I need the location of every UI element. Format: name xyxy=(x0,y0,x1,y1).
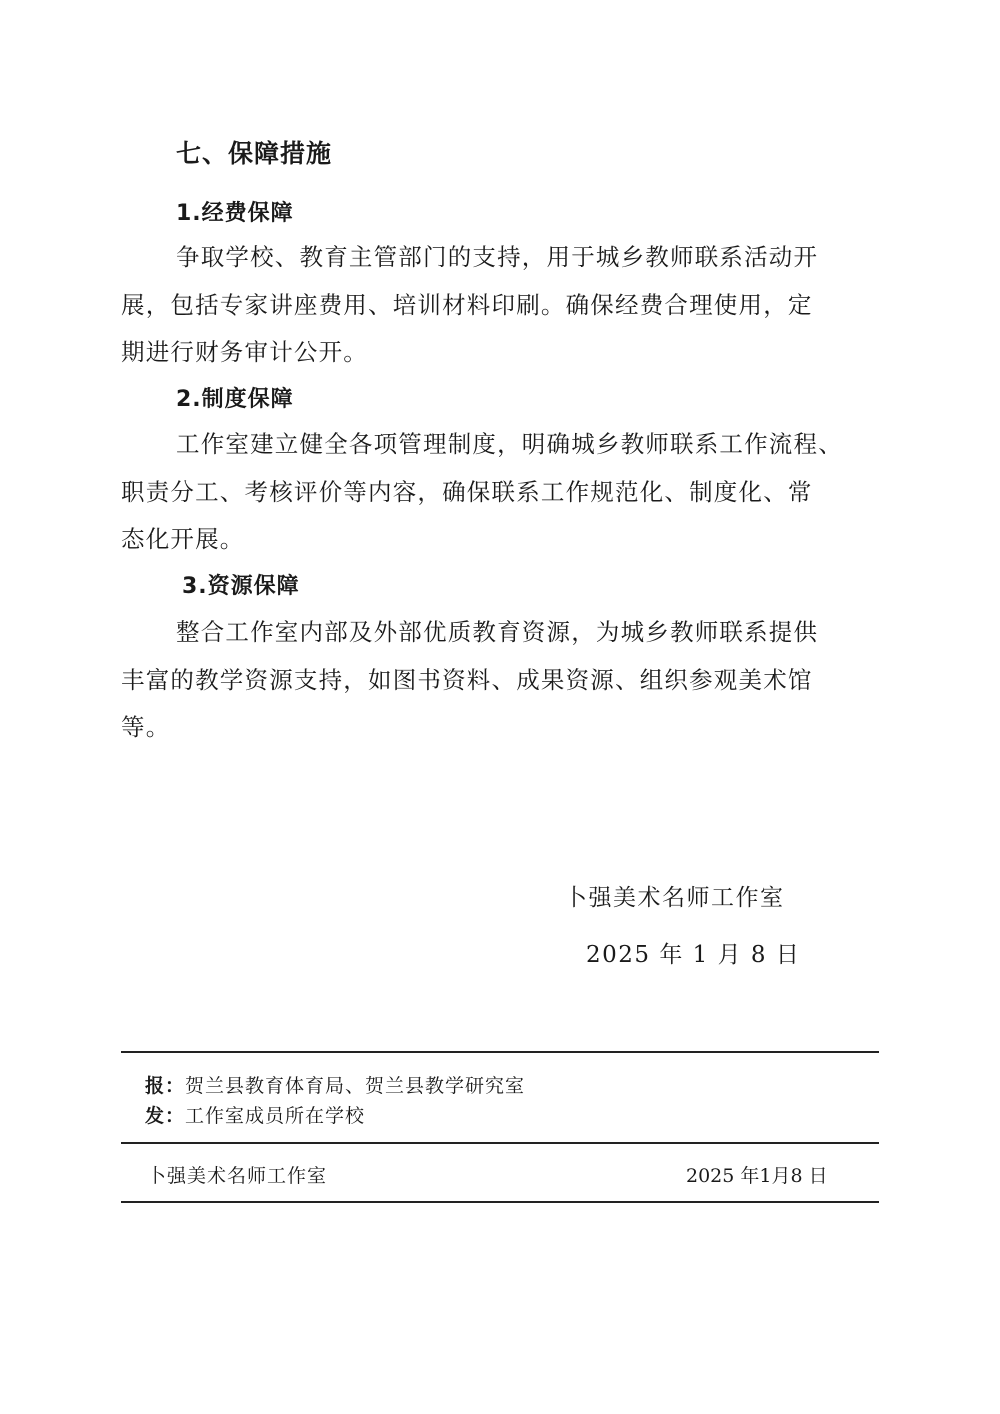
subsection-heading-system: 2.制度保障 xyxy=(176,382,294,413)
paragraph-line: 工作室建立健全各项管理制度，明确城乡教师联系工作流程、 xyxy=(176,425,843,459)
paragraph-line: 等。 xyxy=(121,708,170,742)
signature-date: 2025 年 1 月 8 日 xyxy=(586,936,800,969)
paragraph-line: 态化开展。 xyxy=(121,520,245,554)
footer-divider xyxy=(121,1051,879,1053)
footer-divider xyxy=(121,1201,879,1203)
report-label: 报： xyxy=(145,1075,185,1097)
signature-organization: 卜强美术名师工作室 xyxy=(564,879,785,912)
section-title: 七、保障措施 xyxy=(176,134,332,170)
paragraph-line: 丰富的教学资源支持，如图书资料、成果资源、组织参观美术馆 xyxy=(121,661,813,695)
footer-divider xyxy=(121,1142,879,1144)
document-page: 七、保障措施 1.经费保障 争取学校、教育主管部门的支持，用于城乡教师联系活动开… xyxy=(0,0,1000,1414)
footer-issue-date: 2025 年1月8 日 xyxy=(686,1161,828,1188)
subsection-heading-funding: 1.经费保障 xyxy=(176,196,294,227)
footer-report-row: 报：贺兰县教育体育局、贺兰县教学研究室 xyxy=(145,1071,525,1098)
paragraph-line: 展，包括专家讲座费用、培训材料印刷。确保经费合理使用，定 xyxy=(121,286,813,320)
footer-send-row: 发：工作室成员所在学校 xyxy=(145,1101,365,1128)
send-label: 发： xyxy=(145,1105,185,1127)
send-recipients: 工作室成员所在学校 xyxy=(185,1105,365,1127)
footer-issuer: 卜强美术名师工作室 xyxy=(147,1161,327,1188)
paragraph-line: 整合工作室内部及外部优质教育资源，为城乡教师联系提供 xyxy=(176,613,818,647)
paragraph-line: 职责分工、考核评价等内容，确保联系工作规范化、制度化、常 xyxy=(121,473,813,507)
paragraph-line: 争取学校、教育主管部门的支持，用于城乡教师联系活动开 xyxy=(176,238,818,272)
report-recipients: 贺兰县教育体育局、贺兰县教学研究室 xyxy=(185,1075,525,1097)
subsection-heading-resources: 3.资源保障 xyxy=(182,569,300,600)
paragraph-line: 期进行财务审计公开。 xyxy=(121,333,368,367)
